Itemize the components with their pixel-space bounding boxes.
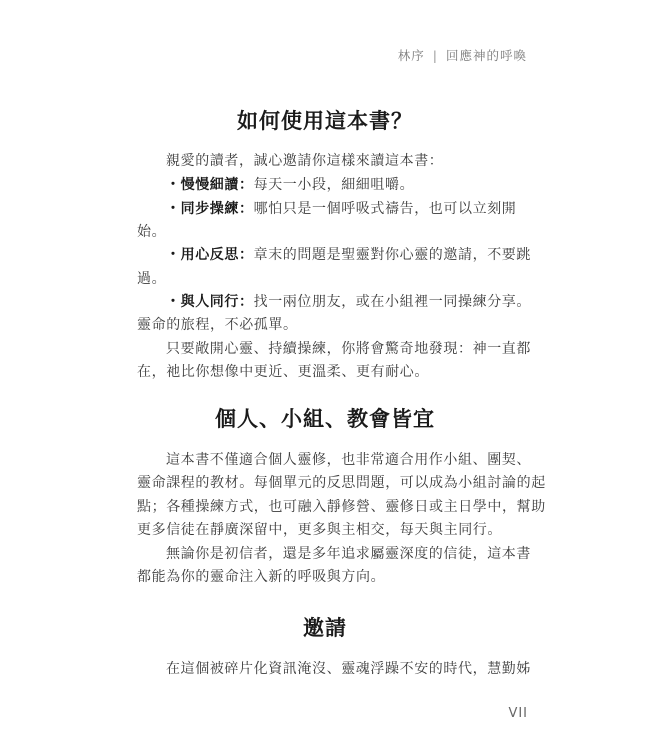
paragraph-line: 這本書不僅適合個人靈修，也非常適合用作小組、團契、: [166, 451, 531, 469]
paragraph-line: 更多信徒在靜廣深留中，更多與主相交，每天與主同行。: [137, 521, 502, 539]
running-head-title: 回應神的呼喚: [446, 48, 527, 63]
paragraph-line: 點；各種操練方式，也可融入靜修營、靈修日或主日學中，幫助: [137, 498, 546, 516]
bullet-marker: ・: [166, 294, 181, 310]
bullet-label: 與人同行：: [181, 294, 254, 310]
bullet-continuation: 過。: [137, 270, 166, 288]
bullet-text: 章末的問題是聖靈對你心靈的邀請，不要跳: [254, 247, 531, 263]
bullet-item: ・用心反思：章末的問題是聖靈對你心靈的邀請，不要跳: [166, 246, 531, 264]
closing-line: 只要敞開心靈、持續操練，你將會驚奇地發現：神一直都: [166, 340, 531, 358]
bullet-label: 用心反思：: [181, 247, 254, 263]
bullet-text: 每天一小段，細細咀嚼。: [254, 177, 415, 193]
running-head: 林序|回應神的呼喚: [398, 46, 527, 64]
running-head-separator: |: [433, 48, 438, 63]
section-heading-suitable-for: 個人、小組、教會皆宜: [0, 403, 650, 433]
bullet-marker: ・: [166, 201, 181, 217]
bullet-item: ・慢慢細讀：每天一小段，細細咀嚼。: [166, 176, 414, 194]
intro-line: 親愛的讀者，誠心邀請你這樣來讀這本書：: [166, 152, 443, 170]
bullet-text: 找一兩位朋友，或在小組裡一同操練分享。: [254, 294, 531, 310]
bullet-label: 慢慢細讀：: [181, 177, 254, 193]
bullet-continuation: 始。: [137, 223, 166, 241]
bullet-label: 同步操練：: [181, 201, 254, 217]
bullet-continuation: 靈命的旅程，不必孤單。: [137, 316, 298, 334]
section-heading-how-to-use: 如何使用這本書？: [0, 105, 650, 135]
paragraph-line: 無論你是初信者，還是多年追求屬靈深度的信徒，這本書: [166, 545, 531, 563]
bullet-item: ・與人同行：找一兩位朋友，或在小組裡一同操練分享。: [166, 293, 531, 311]
bullet-marker: ・: [166, 177, 181, 193]
section-heading-invitation: 邀請: [0, 612, 650, 642]
running-head-author: 林序: [398, 48, 425, 63]
page-number: VII: [508, 706, 528, 721]
bullet-text: 哪怕只是一個呼吸式禱告，也可以立刻開: [254, 201, 517, 217]
bullet-marker: ・: [166, 247, 181, 263]
closing-line: 在，祂比你想像中更近、更溫柔、更有耐心。: [137, 363, 429, 381]
paragraph-line: 都能為你的靈命注入新的呼吸與方向。: [137, 568, 385, 586]
paragraph-line: 靈命課程的教材。每個單元的反思問題，可以成為小組討論的起: [137, 474, 546, 492]
paragraph-line: 在這個被碎片化資訊淹沒、靈魂浮躁不安的時代，慧勤姊: [166, 660, 531, 678]
bullet-item: ・同步操練：哪怕只是一個呼吸式禱告，也可以立刻開: [166, 200, 516, 218]
